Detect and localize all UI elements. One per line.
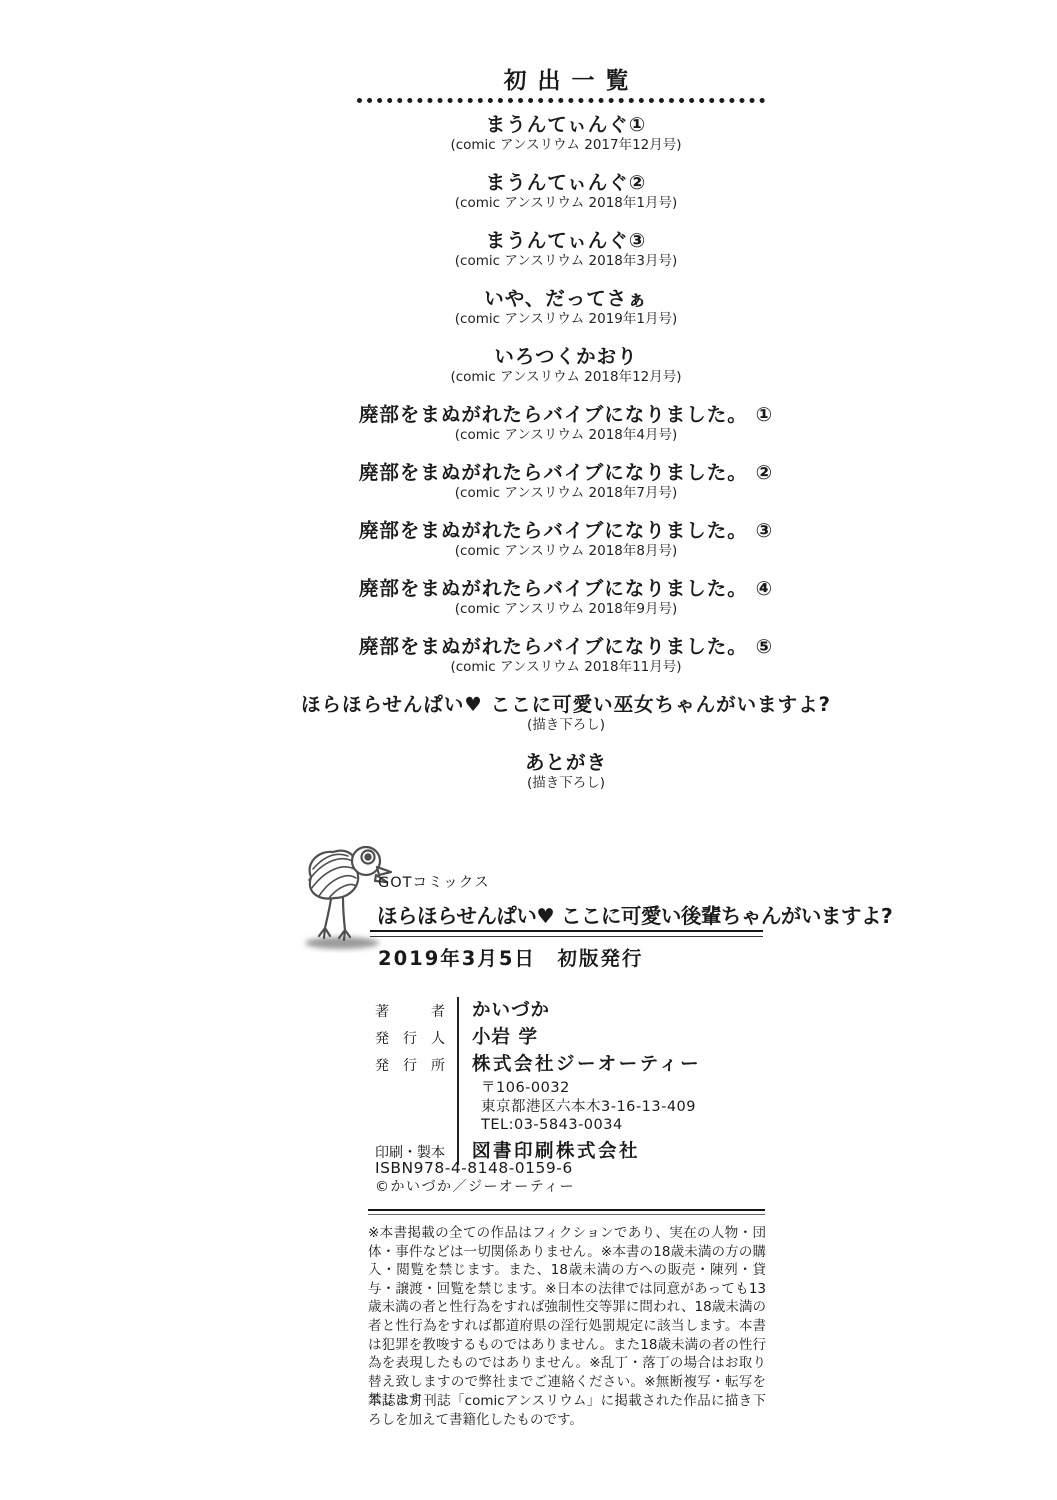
credit-value: 小岩 学 [472, 1024, 538, 1051]
isbn-block: ISBN978-4-8148-0159-6 ©かいづか／ジーオーティー [375, 1158, 575, 1197]
work-source: (comic アンスリウム 2018年12月号) [278, 369, 854, 386]
list-item: 廃部をまぬがれたらバイブになりました。 ② (comic アンスリウム 2018… [278, 461, 854, 502]
credit-row-publisher-company: 発行所 株式会社ジーオーティー 〒106-0032 東京都港区六本木3-16-1… [375, 1051, 767, 1138]
work-source: (comic アンスリウム 2018年11月号) [278, 659, 854, 676]
work-title: いろつくかおり [278, 345, 854, 369]
credit-label: 著者 [375, 997, 445, 1021]
book-title: ほらほらせんぱい♥ ここに可愛い後輩ちゃんがいますよ? [377, 899, 769, 929]
postal-code: 〒106-0032 [481, 1079, 701, 1098]
work-source: (comic アンスリウム 2018年1月号) [278, 195, 854, 212]
credit-row-publisher-person: 発行人 小岩 学 [375, 1024, 767, 1051]
phone-number: TEL:03-5843-0034 [481, 1116, 701, 1135]
credit-label: 発行人 [375, 1024, 445, 1048]
list-item: まうんてぃんぐ② (comic アンスリウム 2018年1月号) [278, 171, 854, 212]
work-source: (comic アンスリウム 2018年9月号) [278, 601, 854, 618]
work-title: まうんてぃんぐ② [278, 171, 854, 195]
list-item: あとがき (描き下ろし) [278, 751, 854, 792]
isbn-number: ISBN978-4-8148-0159-6 [375, 1158, 575, 1178]
colophon-page: 初出一覧 まうんてぃんぐ① (comic アンスリウム 2017年12月号) ま… [0, 0, 1057, 1500]
work-title: いや、だってさぁ [278, 287, 854, 311]
work-title: 廃部をまぬがれたらバイブになりました。 ② [278, 461, 854, 485]
list-item: 廃部をまぬがれたらバイブになりました。 ⑤ (comic アンスリウム 2018… [278, 635, 854, 676]
publisher-address: 〒106-0032 東京都港区六本木3-16-13-409 TEL:03-584… [481, 1079, 701, 1135]
credit-row-author: 著者 かいづか [375, 997, 767, 1024]
work-source: (comic アンスリウム 2019年1月号) [278, 311, 854, 328]
work-source: (comic アンスリウム 2018年3月号) [278, 253, 854, 270]
list-item: いろつくかおり (comic アンスリウム 2018年12月号) [278, 345, 854, 386]
edition-date: 2019年3月5日 初版発行 [378, 943, 643, 971]
work-title: まうんてぃんぐ① [278, 113, 854, 137]
title-underline [370, 930, 763, 937]
work-source: (comic アンスリウム 2018年7月号) [278, 485, 854, 502]
work-title: まうんてぃんぐ③ [278, 229, 854, 253]
work-title: 廃部をまぬがれたらバイブになりました。 ④ [278, 577, 854, 601]
work-title: 廃部をまぬがれたらバイブになりました。 ① [278, 403, 854, 427]
work-source: (comic アンスリウム 2018年8月号) [278, 543, 854, 560]
work-source: (comic アンスリウム 2017年12月号) [278, 137, 854, 154]
work-source: (描き下ろし) [278, 717, 854, 734]
list-item: 廃部をまぬがれたらバイブになりました。 ① (comic アンスリウム 2018… [278, 403, 854, 444]
credit-value: かいづか [472, 997, 550, 1024]
legal-disclaimer: ※本書掲載の全ての作品はフィクションであり、実在の人物・団体・事件などは一切関係… [368, 1224, 766, 1410]
list-item: いや、だってさぁ (comic アンスリウム 2019年1月号) [278, 287, 854, 328]
work-title: 廃部をまぬがれたらバイブになりました。 ⑤ [278, 635, 854, 659]
list-item: 廃部をまぬがれたらバイブになりました。 ④ (comic アンスリウム 2018… [278, 577, 854, 618]
credit-label: 発行所 [375, 1051, 445, 1075]
work-source: (comic アンスリウム 2018年4月号) [278, 427, 854, 444]
serialization-note: 本誌は月刊誌「comicアンスリウム」に掲載された作品に描き下ろしを加えて書籍化… [368, 1392, 766, 1429]
work-title: ほらほらせんぱい♥ ここに可愛い巫女ちゃんがいますよ? [278, 693, 854, 717]
copyright-line: ©かいづか／ジーオーティー [375, 1178, 575, 1197]
work-source: (描き下ろし) [278, 775, 854, 792]
work-title: あとがき [278, 751, 854, 775]
list-item: ほらほらせんぱい♥ ここに可愛い巫女ちゃんがいますよ? (描き下ろし) [278, 693, 854, 734]
list-item: まうんてぃんぐ③ (comic アンスリウム 2018年3月号) [278, 229, 854, 270]
first-publication-heading: 初出一覧 [278, 62, 854, 95]
credit-value: 株式会社ジーオーティー [472, 1051, 701, 1078]
dotted-divider [357, 98, 765, 103]
work-title: 廃部をまぬがれたらバイブになりました。 ③ [278, 519, 854, 543]
first-publication-list: まうんてぃんぐ① (comic アンスリウム 2017年12月号) まうんてぃん… [278, 113, 854, 809]
credits-table: 著者 かいづか 発行人 小岩 学 発行所 株式会社ジーオーティー 〒106-00… [375, 997, 767, 1165]
list-item: まうんてぃんぐ① (comic アンスリウム 2017年12月号) [278, 113, 854, 154]
street-address: 東京都港区六本木3-16-13-409 [481, 1098, 701, 1117]
imprint-label: GOTコミックス [378, 871, 490, 892]
list-item: 廃部をまぬがれたらバイブになりました。 ③ (comic アンスリウム 2018… [278, 519, 854, 560]
legal-divider [368, 1209, 765, 1215]
